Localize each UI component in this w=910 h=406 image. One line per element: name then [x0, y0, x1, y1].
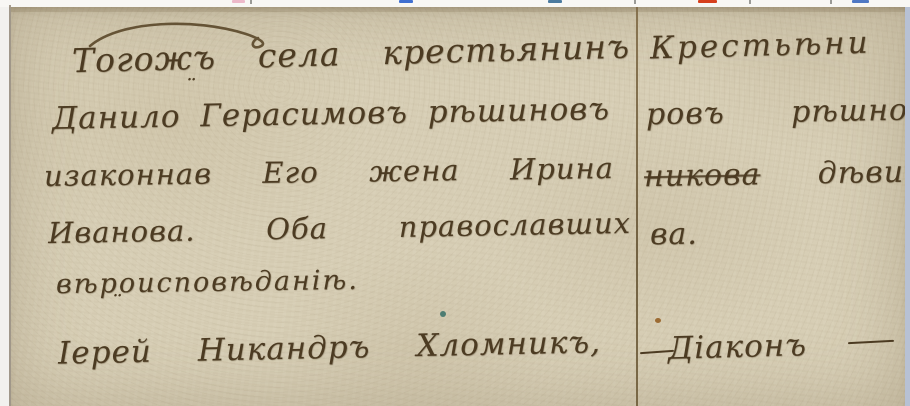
red-link-fragment[interactable] [698, 0, 717, 3]
right-line-4: ва. [650, 217, 698, 252]
handwritten-word: Никандръ [197, 329, 370, 369]
handwritten-word: Іерей [58, 334, 152, 372]
steel-link-fragment[interactable] [548, 0, 562, 3]
column-divider-rule [636, 7, 638, 406]
handwritten-word: Тогожъ [72, 38, 217, 81]
right-line-2: ровъ рѣшно [646, 93, 909, 133]
handwritten-word: Діаконъ [668, 327, 808, 367]
handwritten-word: Крестьѣни [650, 25, 871, 67]
left-margin-strip [0, 0, 9, 406]
handwritten-word: вѣроисповѣданіѣ. [56, 265, 359, 300]
handwritten-word: Хломникъ, [416, 324, 601, 364]
ink-speck [655, 318, 661, 323]
right-margin-strip [905, 0, 910, 406]
text-fragment-tick [250, 0, 252, 4]
handwritten-word: изаконнав [44, 157, 212, 193]
diaeresis-ink-mark: ¨ [184, 76, 195, 101]
handwritten-word: крестьянинъ [382, 27, 631, 72]
handwritten-word-struck: никова [644, 157, 761, 194]
handwritten-word: Оба [266, 211, 328, 246]
handwritten-word: Данило [52, 99, 181, 137]
handwritten-word: Его [262, 155, 319, 190]
right-line-5-deacon-signature: Діаконъ [668, 327, 808, 367]
right-line-1: Крестьѣни [650, 24, 910, 67]
handwritten-word: рѣшно [791, 93, 909, 130]
pink-link-fragment[interactable] [232, 0, 245, 3]
blue-link-fragment-2[interactable] [852, 0, 869, 3]
handwritten-word: жена [369, 153, 460, 188]
text-fragment-tick [830, 0, 832, 4]
ink-speck [440, 311, 446, 317]
text-fragment-tick [749, 0, 751, 4]
left-line-5: вѣроисповѣданіѣ. [56, 265, 359, 300]
handwritten-word: православших [398, 206, 631, 244]
paper-left-edge-line [9, 5, 11, 406]
text-fragment-tick [634, 0, 636, 4]
blue-link-fragment-1[interactable] [399, 0, 413, 3]
handwritten-word: Иванова. [48, 214, 196, 251]
browser-edge-strip [0, 0, 910, 7]
right-line-3: никова дѣви [644, 155, 905, 195]
handwritten-word: ровъ [646, 96, 725, 132]
diaeresis-ink-mark: ¨ [110, 292, 121, 317]
handwritten-word: села [257, 34, 341, 75]
handwritten-word: Ирина [510, 151, 614, 186]
scanned-register-page: Тогожъ села крестьянинъ Данило Герасимов… [0, 0, 910, 406]
paper-top-edge-shadow [11, 7, 905, 12]
handwritten-word: рѣшиновъ [427, 91, 610, 130]
handwritten-word: дѣви [817, 155, 904, 192]
handwritten-word: ва. [650, 217, 698, 252]
handwritten-word: Герасимовъ [200, 95, 408, 135]
